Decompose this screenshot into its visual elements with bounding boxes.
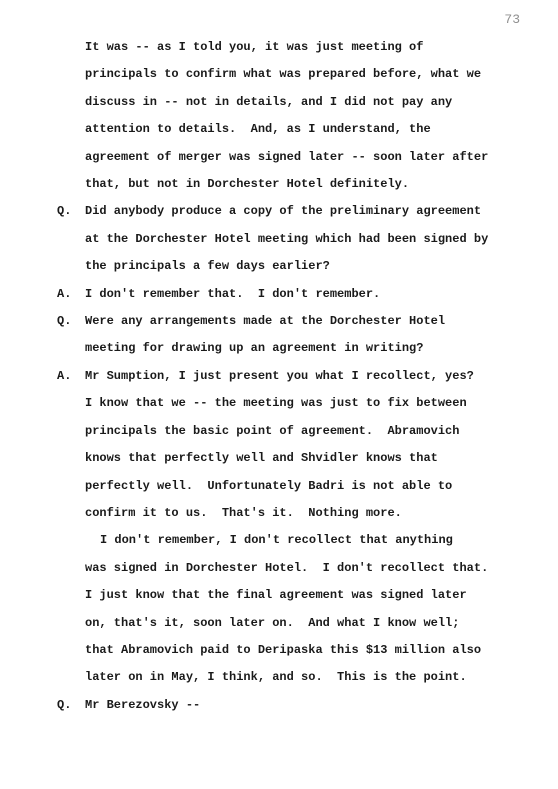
line-text: agreement of merger was signed later -- … [85, 150, 488, 164]
transcript: It was -- as I told you, it was just mee… [57, 34, 527, 719]
transcript-line: that, but not in Dorchester Hotel defini… [57, 171, 527, 198]
transcript-line: Q.Did anybody produce a copy of the prel… [57, 198, 527, 225]
line-text: that Abramovich paid to Deripaska this $… [85, 643, 481, 657]
line-text: that, but not in Dorchester Hotel defini… [85, 177, 409, 191]
transcript-line: at the Dorchester Hotel meeting which ha… [57, 226, 527, 253]
transcript-line: principals the basic point of agreement.… [57, 418, 527, 445]
line-text: I just know that the final agreement was… [85, 588, 467, 602]
line-text: on, that's it, soon later on. And what I… [85, 616, 459, 630]
line-text: discuss in -- not in details, and I did … [85, 95, 452, 109]
line-text: I know that we -- the meeting was just t… [85, 396, 467, 410]
line-text: perfectly well. Unfortunately Badri is n… [85, 479, 452, 493]
transcript-line: agreement of merger was signed later -- … [57, 144, 527, 171]
transcript-line: I know that we -- the meeting was just t… [57, 390, 527, 417]
transcript-line: I don't remember, I don't recollect that… [57, 527, 527, 554]
qa-marker: Q. [57, 198, 85, 225]
transcript-line: A.I don't remember that. I don't remembe… [57, 281, 527, 308]
transcript-line: meeting for drawing up an agreement in w… [57, 335, 527, 362]
transcript-line: perfectly well. Unfortunately Badri is n… [57, 473, 527, 500]
line-text: I don't remember that. I don't remember. [85, 287, 380, 301]
transcript-line: was signed in Dorchester Hotel. I don't … [57, 555, 527, 582]
qa-marker: A. [57, 363, 85, 390]
line-text: Were any arrangements made at the Dorche… [85, 314, 445, 328]
qa-marker: Q. [57, 692, 85, 719]
line-text: later on in May, I think, and so. This i… [85, 670, 467, 684]
line-text: confirm it to us. That's it. Nothing mor… [85, 506, 402, 520]
transcript-line: later on in May, I think, and so. This i… [57, 664, 527, 691]
qa-marker: Q. [57, 308, 85, 335]
transcript-line: that Abramovich paid to Deripaska this $… [57, 637, 527, 664]
page-number: 73 [504, 12, 520, 27]
transcript-line: attention to details. And, as I understa… [57, 116, 527, 143]
qa-marker: A. [57, 281, 85, 308]
transcript-line: Q.Mr Berezovsky -- [57, 692, 527, 719]
transcript-line: Q.Were any arrangements made at the Dorc… [57, 308, 527, 335]
line-text: Mr Berezovsky -- [85, 698, 200, 712]
line-text: It was -- as I told you, it was just mee… [85, 40, 423, 54]
line-text: at the Dorchester Hotel meeting which ha… [85, 232, 488, 246]
transcript-line: on, that's it, soon later on. And what I… [57, 610, 527, 637]
transcript-line: knows that perfectly well and Shvidler k… [57, 445, 527, 472]
line-text: principals the basic point of agreement.… [85, 424, 459, 438]
line-text: was signed in Dorchester Hotel. I don't … [85, 561, 488, 575]
transcript-line: A.Mr Sumption, I just present you what I… [57, 363, 527, 390]
line-text: principals to confirm what was prepared … [85, 67, 481, 81]
line-text: I don't remember, I don't recollect that… [85, 533, 453, 547]
transcript-line: I just know that the final agreement was… [57, 582, 527, 609]
line-text: knows that perfectly well and Shvidler k… [85, 451, 438, 465]
transcript-line: the principals a few days earlier? [57, 253, 527, 280]
line-text: meeting for drawing up an agreement in w… [85, 341, 423, 355]
line-text: the principals a few days earlier? [85, 259, 330, 273]
transcript-line: It was -- as I told you, it was just mee… [57, 34, 527, 61]
line-text: Did anybody produce a copy of the prelim… [85, 204, 481, 218]
line-text: Mr Sumption, I just present you what I r… [85, 369, 474, 383]
line-text: attention to details. And, as I understa… [85, 122, 431, 136]
transcript-line: confirm it to us. That's it. Nothing mor… [57, 500, 527, 527]
transcript-line: principals to confirm what was prepared … [57, 61, 527, 88]
transcript-line: discuss in -- not in details, and I did … [57, 89, 527, 116]
